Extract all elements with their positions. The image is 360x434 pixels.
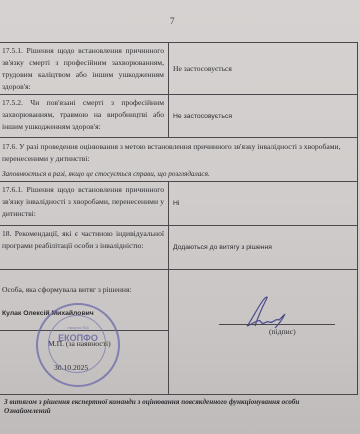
stamp-inner-ring: [48, 315, 106, 373]
row-value: Не застосовується: [169, 95, 357, 137]
table-row: 17.5.2. Чи пов'язані смерті з професійни…: [0, 95, 357, 138]
page-number: 7: [170, 16, 175, 26]
row-value: Ні: [169, 182, 357, 225]
signature-line: [219, 324, 335, 325]
footer-line1: З витягом з рішення експертної команди з…: [4, 398, 299, 407]
row-label: 17.5.2. Чи пов'язані смерті з професійни…: [0, 95, 169, 137]
row-label: 17.6.1. Рішення щодо встановлення причин…: [0, 182, 169, 225]
row-value: Додаються до витягу з рішення: [169, 226, 357, 269]
section-note: Заповнюється в разі, якщо це стосується …: [0, 168, 357, 181]
row-value: Не застосовується: [169, 43, 357, 94]
signature-cell: (підпис): [169, 270, 357, 394]
stamp-subtext: лікарня №3: [38, 325, 118, 330]
table-row: 17.6.1. Рішення щодо встановлення причин…: [0, 182, 357, 226]
stamp-text: ЕКОПФО: [38, 333, 118, 343]
acknowledgement-footer: З витягом з рішення експертної команди з…: [4, 398, 299, 416]
signature-caption: (підпис): [269, 327, 296, 336]
table-row: 18. Рекомендації, які є частиною індивід…: [0, 226, 357, 270]
row-label: 17.5.1. Рішення щодо встановлення причин…: [0, 43, 169, 94]
section-heading: 17.6. У разі проведення оцінювання з мет…: [0, 138, 357, 168]
row-label: 18. Рекомендації, які є частиною індивід…: [0, 226, 169, 269]
signature-icon: [235, 292, 295, 332]
section-17-6: 17.6. У разі проведення оцінювання з мет…: [0, 138, 357, 182]
table-row: 17.5.1. Рішення щодо встановлення причин…: [0, 43, 357, 95]
footer-line2: Ознайомлений: [4, 407, 299, 416]
official-stamp: лікарня №3 ЕКОПФО: [36, 303, 120, 387]
signer-label: Особа, яка сформувала витяг з рішення:: [2, 284, 164, 296]
